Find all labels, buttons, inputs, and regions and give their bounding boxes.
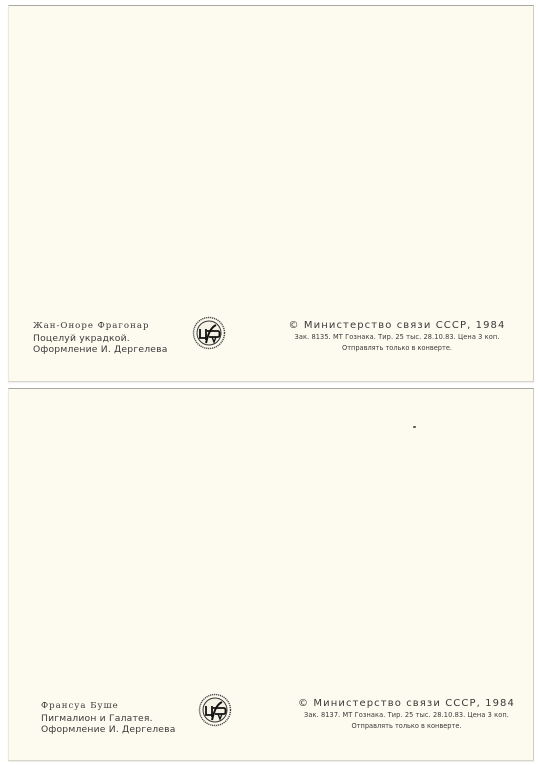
artist-name: Франсуа Буше <box>41 701 176 713</box>
postcard-back-2: Франсуа Буше Пигмалион и Галатея. Оформл… <box>8 388 534 761</box>
design-credit: Оформление И. Дергелева <box>41 724 176 736</box>
mailing-notice: Отправлять только в конверте. <box>289 721 524 732</box>
mailing-notice: Отправлять только в конверте. <box>282 343 512 354</box>
artwork-title: Пигмалион и Галатея. <box>41 713 176 725</box>
artist-name: Жан-Оноре Фрагонар <box>33 321 168 333</box>
copyright-line: © Министерство связи СССР, 1984 <box>282 320 512 332</box>
artwork-credits: Франсуа Буше Пигмалион и Галатея. Оформл… <box>41 701 176 736</box>
artwork-title: Поцелуй украдкой. <box>33 333 168 345</box>
postcard-back-1: Жан-Оноре Фрагонар Поцелуй украдкой. Офо… <box>8 5 534 382</box>
print-speck <box>413 426 416 428</box>
print-info-line: Зак. 8135. МТ Гознака. Тир. 25 тыс. 28.1… <box>282 332 512 343</box>
copyright-line: © Министерство связи СССР, 1984 <box>289 698 524 710</box>
publisher-imprint: © Министерство связи СССР, 1984 Зак. 813… <box>282 320 512 354</box>
artwork-credits: Жан-Оноре Фрагонар Поцелуй украдкой. Офо… <box>33 321 168 356</box>
print-info-line: Зак. 8137. МТ Гознака. Тир. 25 тыс. 28.1… <box>289 710 524 721</box>
publisher-emblem-icon <box>192 316 226 350</box>
design-credit: Оформление И. Дергелева <box>33 344 168 356</box>
publisher-emblem-icon <box>198 693 232 727</box>
publisher-imprint: © Министерство связи СССР, 1984 Зак. 813… <box>289 698 524 732</box>
